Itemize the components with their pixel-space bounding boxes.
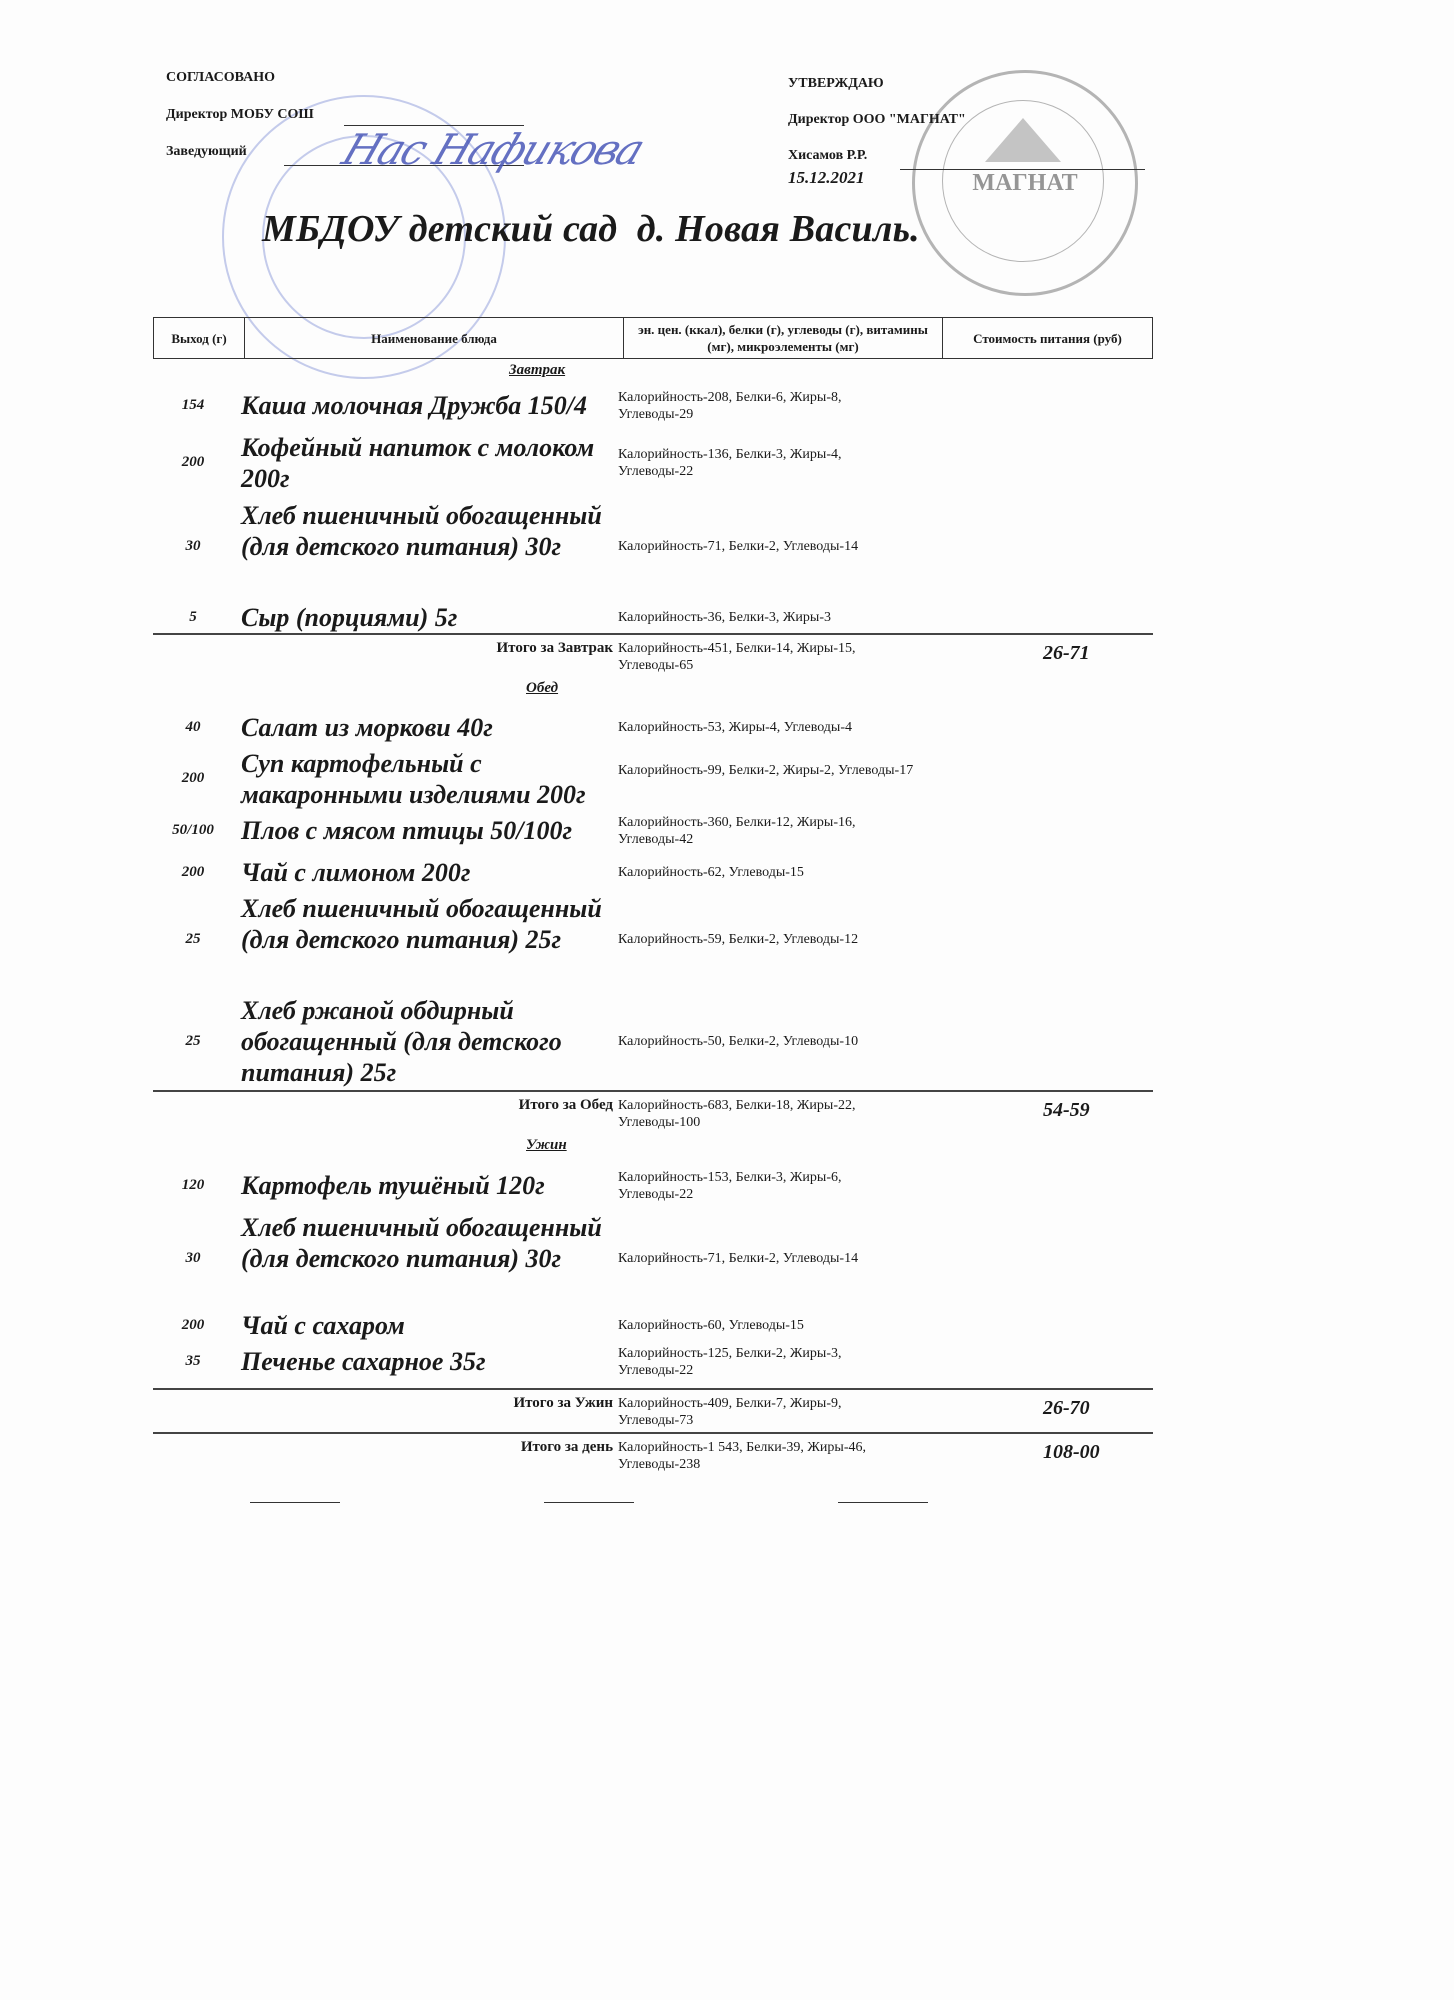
item-yield: 5 (153, 609, 233, 626)
section-total-nutrition: Калорийность-409, Белки-7, Жиры-9, Углев… (618, 1395, 918, 1429)
menu-item-row: 200Суп картофельный с макаронными издели… (153, 748, 1153, 810)
item-dish-name: Сыр (порциями) 5г (241, 602, 621, 633)
section-total-label: Итого за Обед (519, 1097, 613, 1114)
item-dish-name: Кофейный напиток с молоком 200г (241, 432, 621, 494)
signature-line-right (900, 169, 1145, 170)
item-dish-name: Чай с лимоном 200г (241, 857, 621, 888)
item-nutrition: Калорийность-125, Белки-2, Жиры-3, Углев… (618, 1345, 918, 1379)
approval-heading-left: СОГЛАСОВАНО (166, 70, 275, 86)
item-dish-name: Хлеб пшеничный обогащенный (для детского… (241, 500, 621, 562)
item-yield: 30 (153, 1250, 233, 1267)
day-total-nutrition: Калорийность-1 543, Белки-39, Жиры-46, У… (618, 1439, 918, 1473)
item-dish-name: Салат из моркови 40г (241, 712, 621, 743)
item-yield: 200 (153, 864, 233, 881)
col-dish: Наименование блюда (245, 318, 624, 359)
day-total-label: Итого за день (521, 1439, 613, 1456)
menu-item-row: 5Сыр (порциями) 5гКалорийность-36, Белки… (153, 602, 1153, 633)
section-total-cost: 26-71 (1043, 642, 1090, 665)
section-total-cost: 54-59 (1043, 1099, 1090, 1122)
item-nutrition: Калорийность-71, Белки-2, Углеводы-14 (618, 538, 918, 555)
day-total-row: Итого за деньКалорийность-1 543, Белки-3… (153, 1439, 1153, 1475)
menu-item-row: 154Каша молочная Дружба 150/4Калорийност… (153, 390, 1153, 421)
item-dish-name: Хлеб пшеничный обогащенный (для детского… (241, 1212, 621, 1274)
menu-item-row: 35Печенье сахарное 35гКалорийность-125, … (153, 1346, 1153, 1377)
section-divider (153, 633, 1153, 635)
item-nutrition: Калорийность-36, Белки-3, Жиры-3 (618, 609, 918, 626)
item-dish-name: Картофель тушёный 120г (241, 1170, 621, 1201)
document-title: МБДОУ детский сад д. Новая Василь. (262, 207, 920, 251)
section-total-nutrition: Калорийность-451, Белки-14, Жиры-15, Угл… (618, 640, 918, 674)
section-total-label: Итого за Завтрак (497, 640, 613, 657)
col-yield: Выход (г) (154, 318, 245, 359)
menu-item-row: 40Салат из моркови 40гКалорийность-53, Ж… (153, 712, 1153, 743)
item-dish-name: Чай с сахаром (241, 1310, 621, 1341)
item-nutrition: Калорийность-60, Углеводы-15 (618, 1317, 918, 1334)
item-nutrition: Калорийность-53, Жиры-4, Углеводы-4 (618, 719, 918, 736)
menu-table-header: Выход (г) Наименование блюда эн. цен. (к… (153, 317, 1153, 359)
section-total-nutrition: Калорийность-683, Белки-18, Жиры-22, Угл… (618, 1097, 918, 1131)
menu-item-row: 30Хлеб пшеничный обогащенный (для детско… (153, 500, 1153, 593)
section-heading: Обед (526, 680, 558, 697)
item-dish-name: Плов с мясом птицы 50/100г (241, 815, 621, 846)
section-total-row: Итого за ЗавтракКалорийность-451, Белки-… (153, 640, 1153, 676)
item-yield: 25 (153, 1033, 233, 1050)
item-nutrition: Калорийность-208, Белки-6, Жиры-8, Углев… (618, 389, 918, 423)
day-total-divider (153, 1432, 1153, 1434)
item-nutrition: Калорийность-153, Белки-3, Жиры-6, Углев… (618, 1169, 918, 1203)
item-yield: 25 (153, 931, 233, 948)
menu-item-row: 25Хлеб ржаной обдирный обогащенный (для … (153, 995, 1153, 1088)
item-yield: 200 (153, 1317, 233, 1334)
item-nutrition: Калорийность-50, Белки-2, Углеводы-10 (618, 1033, 918, 1050)
item-dish-name: Хлеб пшеничный обогащенный (для детского… (241, 893, 621, 955)
company-stamp-mountain-icon (985, 118, 1061, 162)
item-nutrition: Калорийность-71, Белки-2, Углеводы-14 (618, 1250, 918, 1267)
item-dish-name: Каша молочная Дружба 150/4 (241, 390, 621, 421)
menu-item-row: 120Картофель тушёный 120гКалорийность-15… (153, 1170, 1153, 1201)
col-nutrition: эн. цен. (ккал), белки (г), углеводы (г)… (624, 318, 943, 359)
item-nutrition: Калорийность-360, Белки-12, Жиры-16, Угл… (618, 814, 918, 848)
blank-line-3 (838, 1502, 928, 1503)
menu-item-row: 200Чай с лимоном 200гКалорийность-62, Уг… (153, 857, 1153, 888)
item-dish-name: Хлеб ржаной обдирный обогащенный (для де… (241, 995, 621, 1088)
section-heading: Ужин (526, 1137, 567, 1154)
section-total-cost: 26-70 (1043, 1397, 1090, 1420)
section-heading: Завтрак (509, 362, 565, 379)
handwritten-signature: Нас Нафикова (336, 125, 650, 174)
approver-name-right: Хисамов Р.Р. (788, 148, 867, 164)
approval-date: 15.12.2021 (788, 168, 865, 188)
menu-item-row: 200Кофейный напиток с молоком 200гКалори… (153, 432, 1153, 494)
company-stamp-text: МАГНАТ (955, 170, 1095, 197)
item-yield: 35 (153, 1353, 233, 1370)
item-yield: 40 (153, 719, 233, 736)
item-yield: 200 (153, 454, 233, 471)
approval-heading-right: УТВЕРЖДАЮ (788, 76, 884, 92)
item-yield: 120 (153, 1177, 233, 1194)
item-yield: 200 (153, 770, 233, 787)
menu-item-row: 50/100Плов с мясом птицы 50/100гКалорийн… (153, 815, 1153, 846)
menu-item-row: 200Чай с сахаромКалорийность-60, Углевод… (153, 1310, 1153, 1341)
item-nutrition: Калорийность-62, Углеводы-15 (618, 864, 918, 881)
item-yield: 50/100 (153, 822, 233, 839)
item-nutrition: Калорийность-59, Белки-2, Углеводы-12 (618, 931, 918, 948)
section-total-row: Итого за УжинКалорийность-409, Белки-7, … (153, 1395, 1153, 1431)
item-dish-name: Печенье сахарное 35г (241, 1346, 621, 1377)
blank-line-1 (250, 1502, 340, 1503)
section-divider (153, 1090, 1153, 1092)
approver-title-right: Директор ООО "МАГНАТ" (788, 112, 966, 128)
col-cost: Стоимость питания (руб) (943, 318, 1153, 359)
menu-item-row: 30Хлеб пшеничный обогащенный (для детско… (153, 1212, 1153, 1305)
item-dish-name: Суп картофельный с макаронными изделиями… (241, 748, 621, 810)
section-total-label: Итого за Ужин (513, 1395, 613, 1412)
item-yield: 30 (153, 538, 233, 555)
item-nutrition: Калорийность-99, Белки-2, Жиры-2, Углево… (618, 762, 918, 779)
section-total-row: Итого за ОбедКалорийность-683, Белки-18,… (153, 1097, 1153, 1133)
approver-role-left: Заведующий (166, 144, 247, 160)
menu-item-row: 25Хлеб пшеничный обогащенный (для детско… (153, 893, 1153, 986)
day-total-cost: 108-00 (1043, 1441, 1100, 1464)
approver-title-left: Директор МОБУ СОШ (166, 107, 314, 123)
item-yield: 154 (153, 397, 233, 414)
blank-line-2 (544, 1502, 634, 1503)
item-nutrition: Калорийность-136, Белки-3, Жиры-4, Углев… (618, 446, 918, 480)
section-divider (153, 1388, 1153, 1390)
